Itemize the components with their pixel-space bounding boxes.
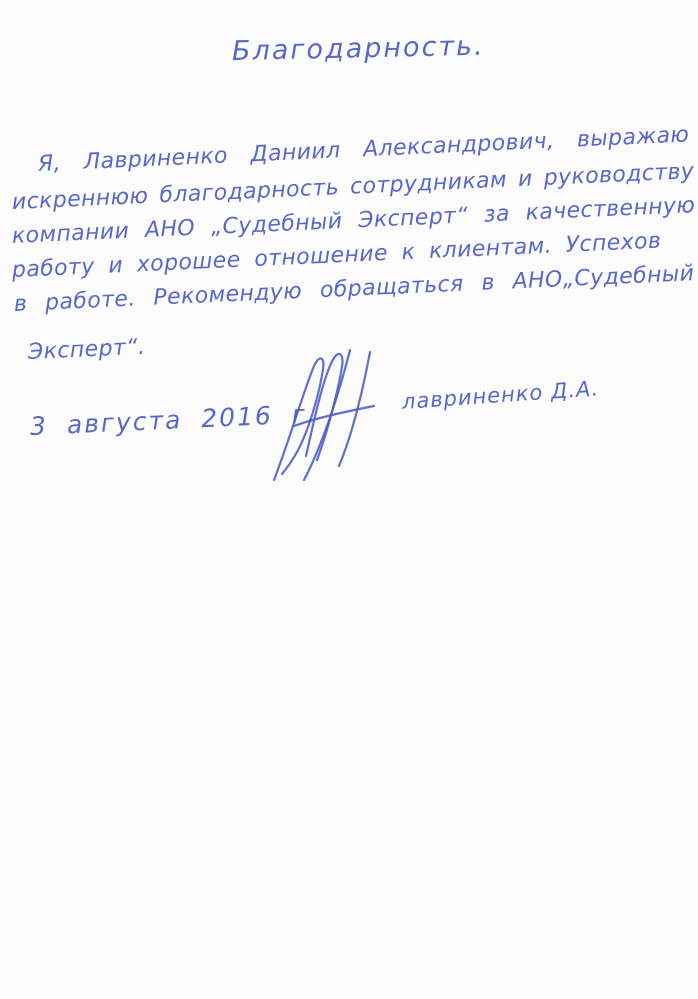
signature-scrawl — [266, 348, 416, 488]
letter-title: Благодарность. — [232, 31, 485, 67]
handwritten-line-6: Эксперт“. — [27, 335, 146, 367]
scanned-letter-page: Благодарность. Я, Лавриненко Даниил Алек… — [0, 0, 698, 999]
signature-name: лавриненко Д.А. — [401, 376, 600, 414]
